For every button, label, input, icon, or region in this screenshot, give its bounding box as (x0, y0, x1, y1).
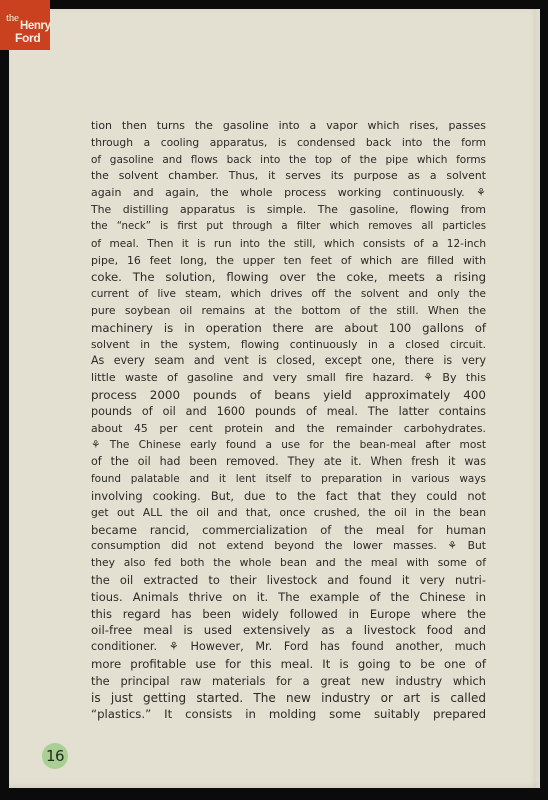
text-line: pounds of oil and 1600 pounds of meal. T… (91, 404, 486, 421)
text-line: of the oil had been removed. They ate it… (91, 454, 486, 471)
text-line: of gasoline and flows back into the top … (91, 152, 486, 169)
document-page: tion then turns the gasoline into a vapo… (9, 9, 540, 788)
text-line: of meal. Then it is run into the still, … (91, 236, 486, 253)
text-line: ⚘ The Chinese early found a use for the … (91, 437, 486, 454)
page-edge (534, 9, 540, 788)
text-line: about 45 per cent protein and the remain… (91, 421, 486, 438)
text-line: the solvent chamber. Thus, it serves its… (91, 168, 486, 185)
text-line: pure soybean oil remains at the bottom o… (91, 303, 486, 320)
text-line: “plastics.” It consists in molding some … (91, 706, 486, 723)
text-line: current of live steam, which drives off … (91, 286, 486, 303)
text-line: the “neck” is first put through a filter… (91, 219, 486, 236)
text-line: pipe, 16 feet long, the upper ten feet o… (91, 253, 486, 270)
text-line: The distilling apparatus is simple. The … (91, 202, 486, 219)
text-line: tious. Animals thrive on it. The example… (91, 589, 486, 606)
text-line: coke. The solution, flowing over the cok… (91, 269, 486, 286)
text-line: this regard has been widely followed in … (91, 606, 486, 623)
text-line: again and again, the whole process worki… (91, 185, 486, 202)
text-line: through a cooling apparatus, is condense… (91, 135, 486, 152)
text-line: the principal raw materials for a great … (91, 673, 486, 690)
logo-text-the: the (6, 13, 19, 24)
henry-ford-logo[interactable]: the Henry Ford (0, 0, 50, 50)
text-line: tion then turns the gasoline into a vapo… (91, 118, 486, 135)
text-line: little waste of gasoline and very small … (91, 370, 486, 387)
text-line: consumption did not extend beyond the lo… (91, 538, 486, 555)
text-line: they also fed both the whole bean and th… (91, 555, 486, 572)
text-line: get out ALL the oil and that, once crush… (91, 505, 486, 522)
page-number-badge: 16 (42, 743, 68, 769)
text-line: oil-free meal is used extensively as a l… (91, 622, 486, 639)
text-line: more profitable use for this meal. It is… (91, 656, 486, 673)
text-line: is just getting started. The new industr… (91, 690, 486, 707)
text-line: conditioner. ⚘ However, Mr. Ford has fou… (91, 639, 486, 656)
text-line: became rancid, commercialization of the … (91, 522, 486, 539)
text-line: As every seam and vent is closed, except… (91, 353, 486, 370)
text-line: solvent in the system, flowing continuou… (91, 337, 486, 354)
text-line: found palatable and it lent itself to pr… (91, 471, 486, 488)
text-line: process 2000 pounds of beans yield appro… (91, 387, 486, 404)
text-line: machinery is in operation there are abou… (91, 320, 486, 337)
text-line: involving cooking. But, due to the fact … (91, 488, 486, 505)
text-line: the oil extracted to their livestock and… (91, 572, 486, 589)
logo-text-ford: Ford (15, 32, 40, 45)
body-text: tion then turns the gasoline into a vapo… (91, 118, 486, 723)
